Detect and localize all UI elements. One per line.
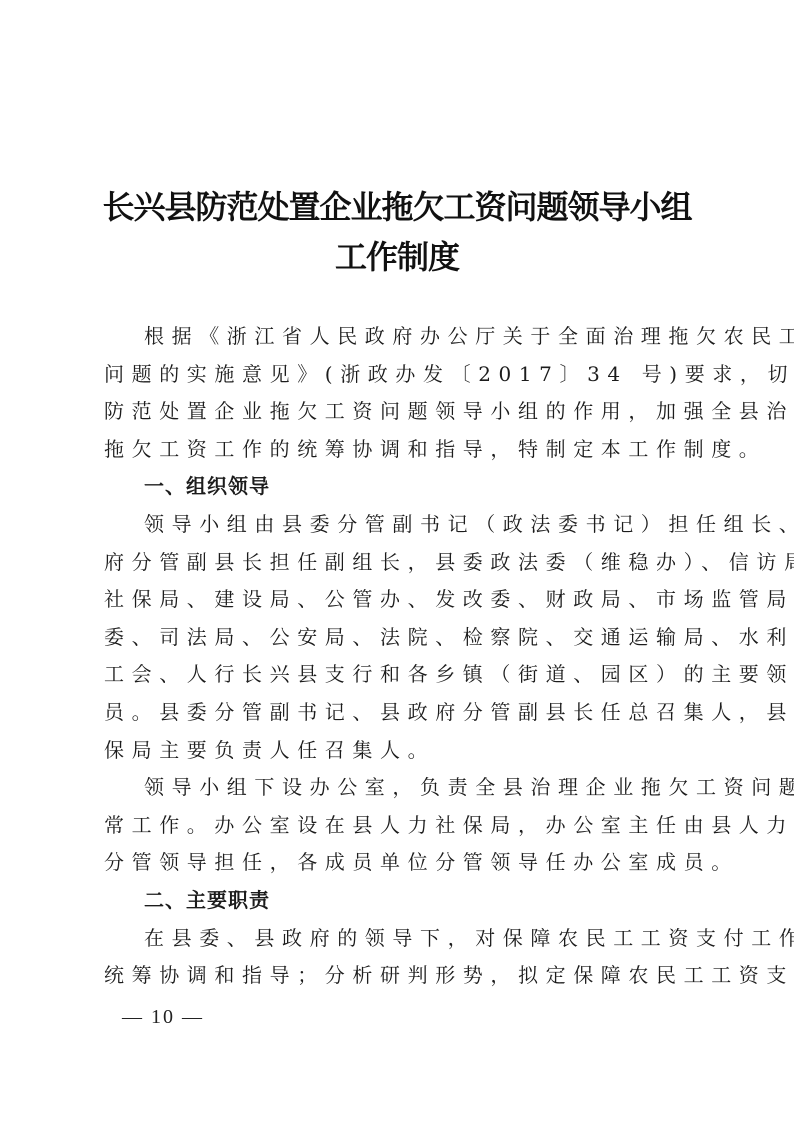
paragraph-line: 委、司法局、公安局、法院、检察院、交通运输局、水利局、总	[104, 619, 694, 657]
paragraph-line: 领导小组下设办公室，负责全县治理企业拖欠工资问题的日	[104, 769, 694, 807]
paragraph-line: 领导小组由县委分管副书记（政法委书记）担任组长、县政	[104, 506, 694, 544]
paragraph-line: 统筹协调和指导；分析研判形势，拟定保障农民工工资支付的措	[104, 957, 694, 995]
paragraph-line: 工会、人行长兴县支行和各乡镇（街道、园区）的主要领导为成	[104, 656, 694, 694]
paragraph-line: 府分管副县长担任副组长，县委政法委（维稳办）、信访局、人力	[104, 544, 694, 582]
paragraph-line: 在县委、县政府的领导下，对保障农民工工资支付工作进行	[104, 920, 694, 958]
paragraph-line: 防范处置企业拖欠工资问题领导小组的作用，加强全县治理企业	[104, 393, 694, 431]
paragraph-line: 保局主要负责人任召集人。	[104, 732, 694, 770]
section-heading-organization: 一、组织领导	[104, 468, 694, 506]
paragraph-line: 常工作。办公室设在县人力社保局，办公室主任由县人力社保局	[104, 807, 694, 845]
paragraph-line: 拖欠工资工作的统筹协调和指导，特制定本工作制度。	[104, 431, 694, 469]
section-heading-responsibilities: 二、主要职责	[104, 882, 694, 920]
page-number: — 10 —	[122, 1006, 204, 1029]
paragraph-line: 员。县委分管副书记、县政府分管副县长任总召集人，县人力社	[104, 694, 694, 732]
paragraph-line: 根据《浙江省人民政府办公厅关于全面治理拖欠农民工工资	[104, 318, 694, 356]
document-title-line-1: 长兴县防范处置企业拖欠工资问题领导小组	[0, 182, 794, 228]
document-title-line-2: 工作制度	[0, 232, 794, 278]
paragraph-line: 分管领导担任，各成员单位分管领导任办公室成员。	[104, 844, 694, 882]
document-body: 根据《浙江省人民政府办公厅关于全面治理拖欠农民工工资 问题的实施意见》(浙政办发…	[104, 318, 694, 995]
paragraph-line: 问题的实施意见》(浙政办发〔2017〕34 号)要求，切实发挥县	[104, 356, 694, 394]
paragraph-line: 社保局、建设局、公管办、发改委、财政局、市场监管局、经信	[104, 581, 694, 619]
